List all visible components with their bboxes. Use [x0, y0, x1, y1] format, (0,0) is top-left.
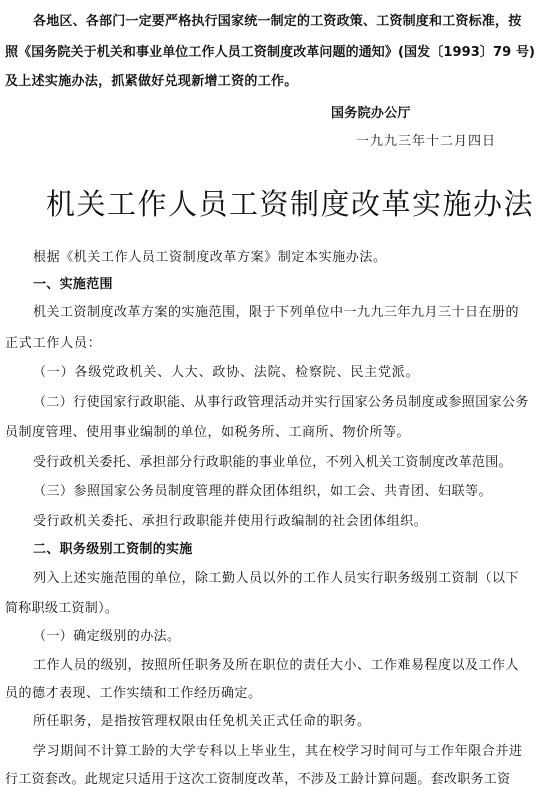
body-line: 员的德才表现、工作实绩和工作经历确定。: [5, 686, 262, 702]
body-line: 所任职务，是指按管理权限由任免机关正式任命的职务。: [33, 714, 371, 730]
body-line: 受行政机关委托、承担行政职能并使用行政编制的社会团体组织。: [33, 514, 427, 530]
document-title: 机关工作人员工资制度改革实施办法: [46, 187, 534, 221]
body-line: 学习期间不计算工龄的大学专科以上毕业生，其在校学习时间可与工作年限合并进: [33, 744, 523, 760]
section-heading-1: 一、实施范围: [33, 277, 113, 293]
list-item: （三）参照国家公务员制度管理的群众团体组织，如工会、共青团、妇联等。: [33, 484, 492, 500]
body-line: 列入上述实施范围的单位，除工勤人员以外的工作人员实行职务级别工资制（以下: [33, 571, 519, 587]
issue-date: 一九九三年十二月四日: [356, 134, 496, 150]
body-line: 机关工资制度改革方案的实施范围，限于下列单位中一九九三年九月三十日在册的: [33, 305, 519, 321]
issuer: 国务院办公厅: [331, 106, 411, 122]
intro-paragraph: 根据《机关工作人员工资制度改革方案》制定本实施办法。: [33, 250, 387, 266]
body-line: 正式工作人员：: [5, 336, 102, 352]
body-line: 受行政机关委托、承担部分行政职能的事业单位，不列入机关工资制度改革范围。: [33, 455, 512, 471]
body-line: 行工资套改。此规定只适用于这次工资制度改革，不涉及工龄计算问题。套改职务工资: [5, 772, 510, 788]
list-item: （一）各级党政机关、人大、政协、法院、检察院、民主党派。: [33, 365, 419, 381]
section-heading-2: 二、职务级别工资制的实施: [33, 542, 193, 558]
preamble-line-2: 照《国务院关于机关和事业单位工作人员工资制度改革问题的通知》(国发〔1993〕7…: [5, 45, 535, 61]
subsection-heading: （一）确定级别的办法。: [33, 629, 180, 645]
body-line: 员制度管理、使用事业编制的单位，如税务所、工商所、物价所等。: [5, 425, 410, 441]
body-line: 工作人员的级别，按照所任职务及所在职位的责任大小、工作难易程度以及工作人: [33, 658, 519, 674]
preamble-line-3: 及上述实施办法，抓紧做好兑现新增工资的工作。: [5, 74, 298, 90]
list-item: （二）行使国家行政职能、从事行政管理活动并实行国家公务员制度或参照国家公务: [33, 395, 529, 411]
body-line: 简称职级工资制）。: [5, 601, 118, 617]
preamble-line-1: 各地区、各部门一定要严格执行国家统一制定的工资政策、工资制度和工资标准，按: [33, 14, 521, 30]
